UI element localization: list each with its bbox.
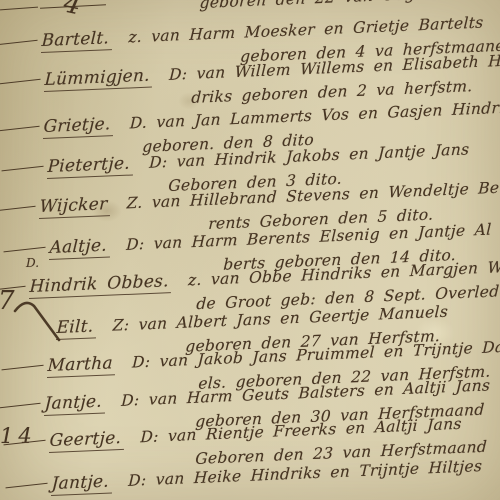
margin-note: D. <box>26 256 39 270</box>
entry-name: Hindrik Obbes. <box>29 271 172 299</box>
register-entry-partial: geboren den 22 van Oogstmaand <box>199 0 485 12</box>
margin-dash <box>0 40 38 46</box>
register-page: 4 geboren den 22 van Oogstmaand Bartelt.… <box>0 0 500 500</box>
entry-name: Wijcker <box>39 194 111 219</box>
margin-dash <box>0 126 40 132</box>
entry-name: Jantje. <box>51 471 113 496</box>
margin-dash <box>4 247 46 253</box>
entry-name: Eilt. <box>56 316 97 340</box>
entry-name: Lümmigjen. <box>44 65 153 92</box>
margin-dash <box>2 166 44 172</box>
margin-dash <box>0 206 36 212</box>
margin-dash <box>0 403 41 409</box>
entry-text-line2: geboren den 22 van Oogstmaand <box>199 0 485 12</box>
margin-dash <box>2 365 44 371</box>
margin-dash <box>6 483 48 489</box>
entry-name: Pietertje. <box>47 153 133 179</box>
margin-dash <box>0 79 41 85</box>
entry-name: Geertje. <box>49 428 125 453</box>
flourish-mark: 4 <box>61 0 83 21</box>
entry-name: Aaltje. <box>49 235 110 260</box>
entry-name: Jantje. <box>44 391 106 416</box>
entry-name: Martha <box>47 353 116 378</box>
margin-dash <box>0 7 38 11</box>
entry-name: Bartelt. <box>41 28 113 53</box>
entry-name: Grietje. <box>43 114 114 139</box>
